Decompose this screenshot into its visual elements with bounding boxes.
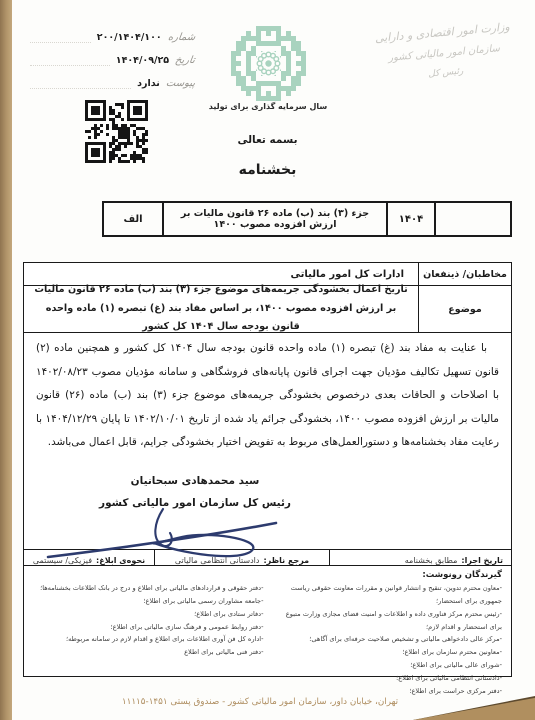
cc-item: -دفتر حقوقی و قراردادهای مالیاتی برای اط… <box>33 582 264 595</box>
cc-item: -دفتر روابط عمومی و فرهنگ سازی مالیاتی ب… <box>33 621 264 634</box>
classification-category-cell: الف <box>104 203 162 235</box>
tax-organization-emblem-icon <box>231 26 306 101</box>
cc-item: -رئیس محترم مرکز فناوری داده و اطلاعات و… <box>272 608 503 634</box>
cc-item: -جامعه مشاوران رسمی مالیاتی برای اطلاع؛ <box>33 595 264 608</box>
attachment-label: پیوست <box>165 78 196 89</box>
copy-recipients-left-column: -دفتر حقوقی و قراردادهای مالیاتی برای اط… <box>33 582 264 698</box>
addressee-label: مخاطبان/ ذینفعان <box>418 263 511 285</box>
number-label: شماره <box>167 32 196 43</box>
number-value: ۲۰۰/۱۴۰۴/۱۰۰ <box>97 32 162 43</box>
date-label: تاریخ <box>174 55 195 66</box>
cc-item: -مرکز عالی دادخواهی مالیاتی و تشخیص صلاح… <box>272 633 503 646</box>
classification-reference-cell: جزء (۳) بند (ب) ماده ۲۶ قانون مالیات بر … <box>162 203 386 235</box>
cc-item: -معاون محترم تدوین، تنقیح و انتشار قوانی… <box>272 582 503 608</box>
cc-item: -دادستانی انتظامی مالیاتی برای اطلاع؛ <box>272 672 503 685</box>
besmeleh-text: بسمه تعالی <box>0 134 535 146</box>
classification-year-cell: ۱۴۰۴ <box>386 203 434 235</box>
copy-recipients-columns: -معاون محترم تدوین، تنقیح و انتشار قوانی… <box>33 582 502 698</box>
signatory-name: سید محمدهادی سبحانیان <box>90 470 300 492</box>
copy-recipients-title: گیرندگان رونوشت: <box>33 570 502 580</box>
qr-code-icon <box>85 100 148 163</box>
binder-spine-strip <box>0 0 12 720</box>
year-slogan: سال سرمایه گذاری برای تولید <box>198 102 338 111</box>
subject-label: موضوع <box>418 286 511 332</box>
copy-recipients-box: گیرندگان رونوشت: -معاون محترم تدوین، تنق… <box>23 565 512 677</box>
header-meta-block: شماره ۲۰۰/۱۴۰۴/۱۰۰ تاریخ ۱۴۰۴/۰۹/۲۵ پیوس… <box>30 26 195 95</box>
ministry-letterhead: وزارت امور اقتصادی و دارایی سازمان امور … <box>366 15 523 88</box>
meta-row-attachment: پیوست ندارد <box>30 72 195 95</box>
dotted-rule <box>30 64 110 66</box>
meta-row-number: شماره ۲۰۰/۱۴۰۴/۱۰۰ <box>30 26 195 49</box>
classification-serial-cell <box>434 203 510 235</box>
subject-value: تاریخ اعمال بخشودگی جریمه‌های موضوع جزء … <box>24 286 418 332</box>
cc-item: -اداره کل فن آوری اطلاعات برای اطلاع و ا… <box>33 633 264 646</box>
execution-date-label: تاریخ اجرا: <box>461 556 503 565</box>
address-footer: تهران، خیابان داور، سازمان امور مالیاتی … <box>40 697 480 707</box>
cc-item: -دفتر فنی مالیاتی برای اطلاع <box>33 646 264 659</box>
cc-item: -دفتر مرکزی حراست برای اطلاع؛ <box>272 685 503 698</box>
circular-main-table: مخاطبان/ ذینفعان ادارات کل امور مالیاتی … <box>23 262 512 572</box>
dotted-rule <box>30 87 131 89</box>
document-type-title: بخشنامه <box>0 162 535 178</box>
circular-document-page: شماره ۲۰۰/۱۴۰۴/۱۰۰ تاریخ ۱۴۰۴/۰۹/۲۵ پیوس… <box>0 0 535 720</box>
dotted-rule <box>30 41 91 43</box>
cc-item: -دفاتر ستادی برای اطلاع؛ <box>33 608 264 621</box>
circular-body-text: با عنایت به مفاد بند (غ) تبصره (۱) ماده … <box>36 337 499 455</box>
cc-item: -معاونین محترم سازمان برای اطلاع؛ <box>272 646 503 659</box>
subject-row: موضوع تاریخ اعمال بخشودگی جریمه‌های موضو… <box>24 286 511 333</box>
cc-item: -شورای عالی مالیاتی برای اطلاع؛ <box>272 659 503 672</box>
meta-row-date: تاریخ ۱۴۰۴/۰۹/۲۵ <box>30 49 195 72</box>
classification-strip: ۱۴۰۴ جزء (۳) بند (ب) ماده ۲۶ قانون مالیا… <box>102 201 512 237</box>
date-value: ۱۴۰۴/۰۹/۲۵ <box>116 55 169 66</box>
attachment-value: ندارد <box>137 78 160 89</box>
body-row: با عنایت به مفاد بند (غ) تبصره (۱) ماده … <box>24 337 511 550</box>
execution-date-value: مطابق بخشنامه <box>405 556 458 565</box>
handwritten-signature-icon <box>42 505 282 567</box>
copy-recipients-right-column: -معاون محترم تدوین، تنقیح و انتشار قوانی… <box>264 582 503 698</box>
